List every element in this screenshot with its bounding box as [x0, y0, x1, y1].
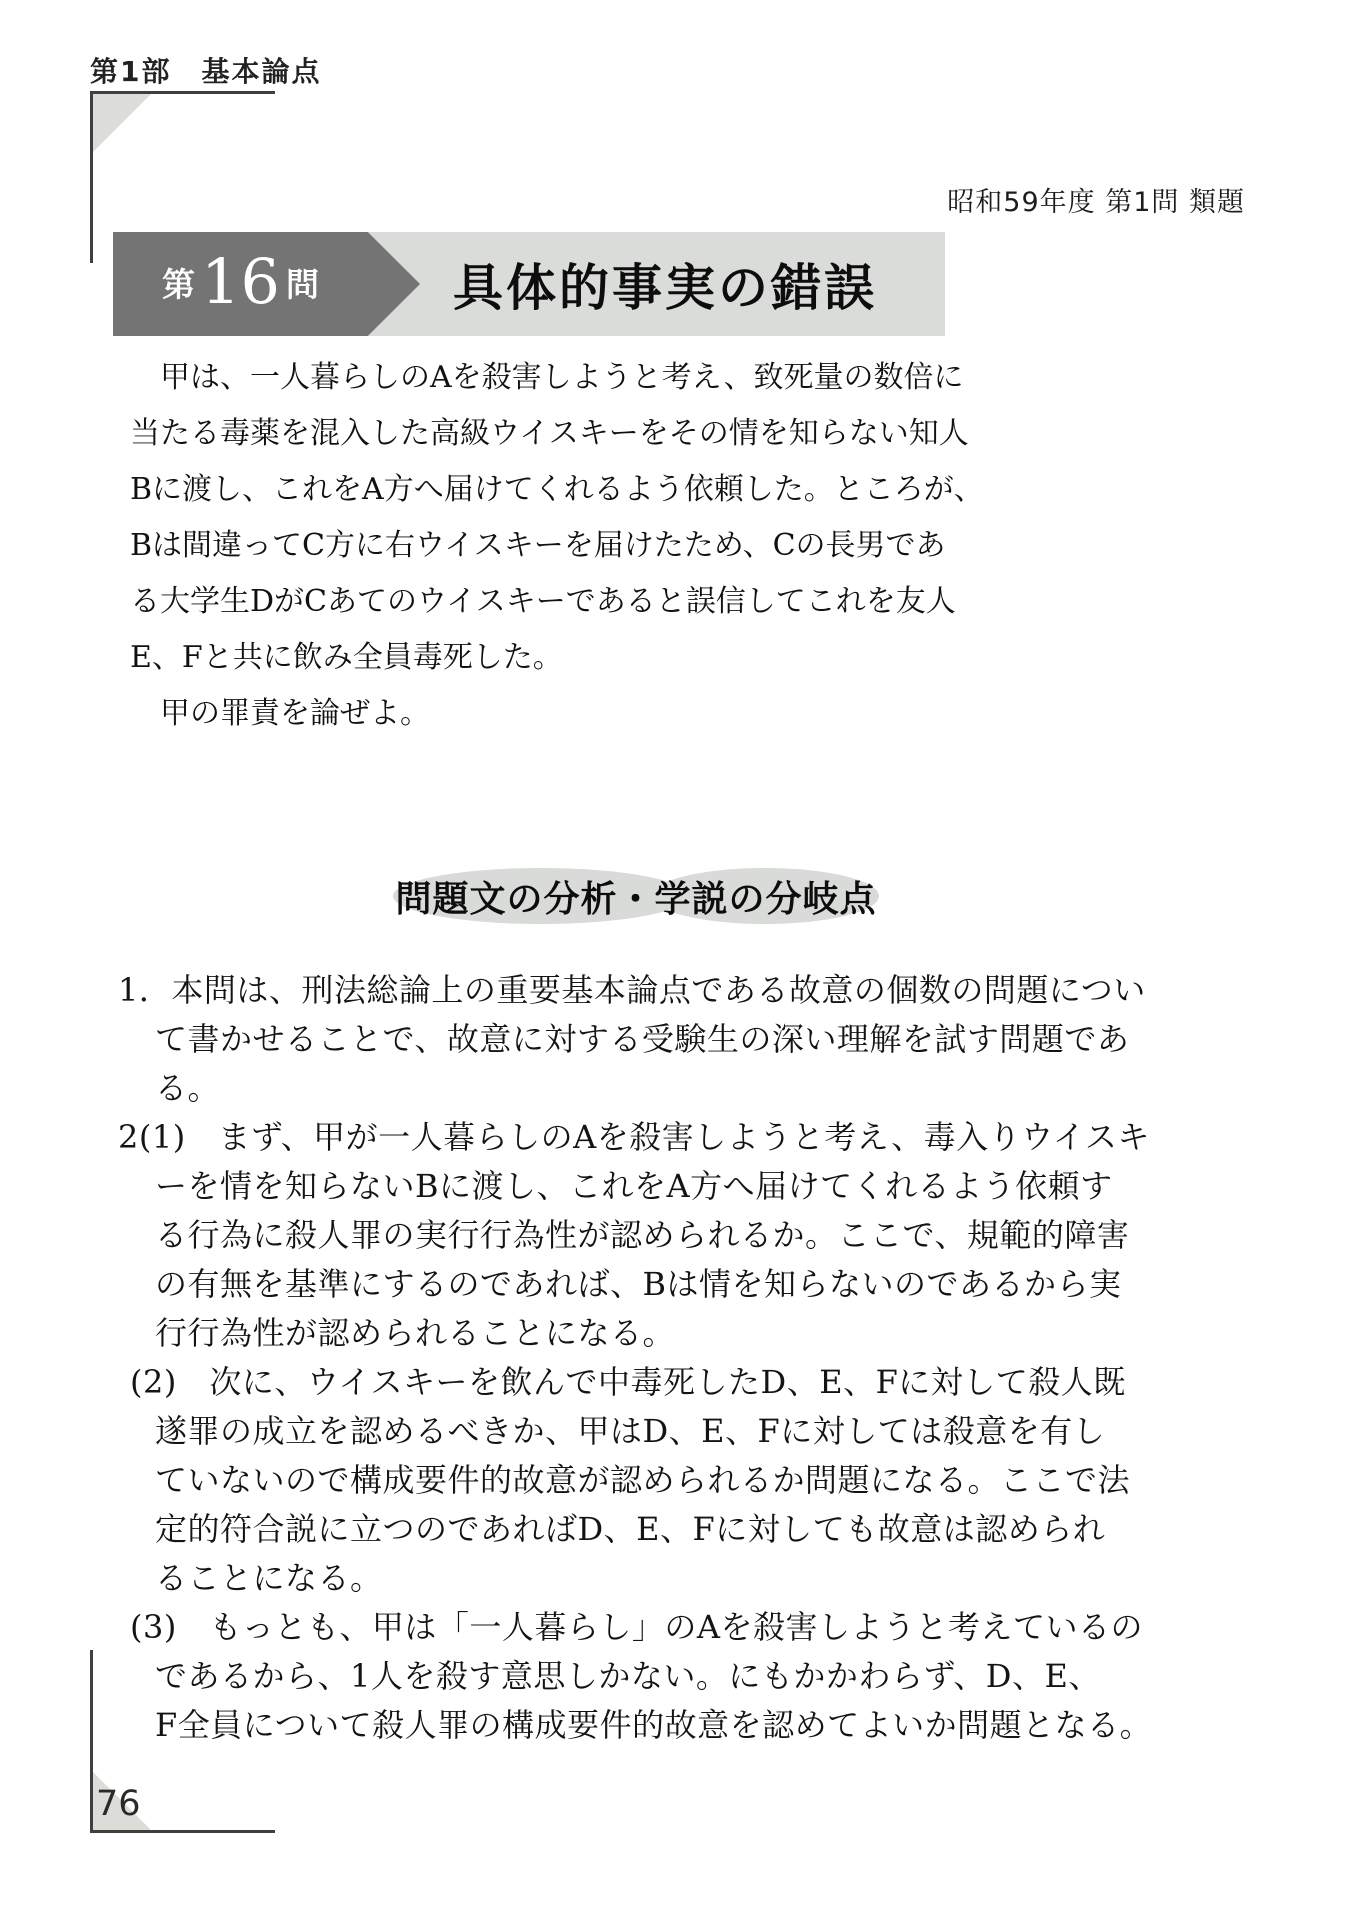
analysis-item-continuation: ーを情を知らないBに渡し、これをA方へ届けてくれるよう依頼す る行為に殺人罪の実… — [155, 1162, 1188, 1358]
problem-statement: 甲は、一人暮らしのAを殺害しようと考え、致死量の数倍に 当たる毒薬を混入した高級… — [130, 350, 990, 742]
problem-number: 16 — [201, 251, 280, 313]
part-header: 第1部 基本論点 — [90, 50, 321, 90]
analysis-item-first-line: (2) 次に、ウイスキーを飲んで中毒死したD、E、Fに対して殺人既 — [130, 1358, 1188, 1407]
top-horizontal-rule — [90, 91, 275, 94]
bottom-vertical-rule — [90, 1650, 93, 1833]
section-header-title: 問題文の分析・学説の分岐点 — [393, 866, 879, 926]
bottom-horizontal-rule — [90, 1830, 275, 1833]
problem-number-prefix: 第 — [162, 268, 195, 301]
analysis-item-continuation: であるから、1人を殺す意思しかない。にもかかわらず、D、E、 F全員について殺人… — [155, 1652, 1188, 1750]
section-header: 問題文の分析・学説の分岐点 — [393, 866, 879, 926]
page-number: 76 — [96, 1784, 141, 1824]
problem-number-label: 第 16 問 — [113, 232, 420, 336]
problem-title: 具体的事実の錯誤 — [453, 232, 945, 336]
analysis-item: 1．本問は、刑法総論上の重要基本論点である故意の個数の問題について書かせることで… — [118, 966, 1188, 1113]
analysis-item: 2(1) まず、甲が一人暮らしのAを殺害しようと考え、毒入りウイスキーを情を知ら… — [118, 1113, 1188, 1358]
book-page: 第1部 基本論点 昭和59年度 第1問 類題 第 16 問 具体的事実の錯誤 甲… — [0, 0, 1350, 1920]
top-corner-triangle — [93, 94, 151, 152]
analysis-item-continuation: て書かせることで、故意に対する受験生の深い理解を試す問題である。 — [155, 1015, 1188, 1113]
exam-reference: 昭和59年度 第1問 類題 — [700, 180, 1245, 219]
analysis-item: (3) もっとも、甲は「一人暮らし」のAを殺害しようと考えているのであるから、1… — [130, 1603, 1188, 1750]
analysis-list: 1．本問は、刑法総論上の重要基本論点である故意の個数の問題について書かせることで… — [118, 966, 1188, 1750]
analysis-item-first-line: (3) もっとも、甲は「一人暮らし」のAを殺害しようと考えているの — [130, 1603, 1188, 1652]
analysis-item-continuation: 遂罪の成立を認めるべきか、甲はD、E、Fに対しては殺意を有し ていないので構成要… — [155, 1407, 1188, 1603]
analysis-item-first-line: 2(1) まず、甲が一人暮らしのAを殺害しようと考え、毒入りウイスキ — [118, 1113, 1188, 1162]
analysis-item-first-line: 1．本問は、刑法総論上の重要基本論点である故意の個数の問題につい — [118, 966, 1188, 1015]
top-vertical-rule — [90, 91, 93, 263]
problem-number-suffix: 問 — [286, 268, 319, 301]
problem-banner: 第 16 問 具体的事実の錯誤 — [113, 232, 945, 336]
analysis-item: (2) 次に、ウイスキーを飲んで中毒死したD、E、Fに対して殺人既遂罪の成立を認… — [130, 1358, 1188, 1603]
